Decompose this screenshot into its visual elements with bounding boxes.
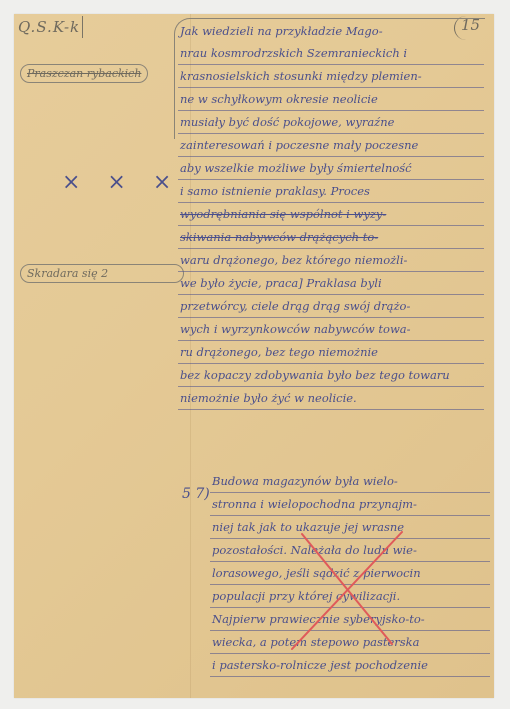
text-line: Najpierw prawiecznie syberyjsko-to-	[210, 608, 490, 631]
archive-signature: Q.S.K-k	[18, 18, 80, 36]
text-line: niej tak jak to ukazuje jej wrasne	[210, 516, 490, 539]
text-line: przetwórcy, ciele drąg drąg swój drążo-	[178, 295, 484, 318]
manuscript-page: Q.S.K-k 15 Praszczan rybackich × × × Skr…	[14, 14, 494, 698]
text-line: ru drążonego, bez tego niemożnie	[178, 341, 484, 364]
text-line: pozostałości. Należała do ludu wie-	[210, 539, 490, 562]
paragraph-1: Jak wiedzieli na przykładzie Mago- nrau …	[178, 20, 484, 410]
text-line: we było życie, praca] Praklasa byli	[178, 272, 484, 295]
text-line: i samo istnienie praklasy. Proces	[178, 180, 484, 203]
text-line: ne w schyłkowym okresie neolicie	[178, 88, 484, 111]
text-line: aby wszelkie możliwe były śmiertelność	[178, 157, 484, 180]
margin-note-struck: Praszczan rybackich	[20, 64, 148, 83]
text-line: populacji przy której cywilizacji.	[210, 585, 490, 608]
section-marker: 5 7)	[182, 486, 210, 502]
text-line: zainteresowań i poczesne mały poczesne	[178, 134, 484, 157]
text-line: lorasowego, jeśli sądzić z pierwocin	[210, 562, 490, 585]
text-line: bez kopaczy zdobywania było bez tego tow…	[178, 364, 484, 387]
text-line: skiwania nabywców drążących to-	[178, 226, 484, 249]
text-line: wych i wyrzynkowców nabywców towa-	[178, 318, 484, 341]
text-line: Budowa magazynów była wielo-	[210, 470, 490, 493]
text-line: wyodrębniania się wspólnot i wyzy-	[178, 203, 484, 226]
text-line: wiecka, a potem stepowo pasterska	[210, 631, 490, 654]
text-line: waru drążonego, bez którego niemożli-	[178, 249, 484, 272]
text-line: stronna i wielopochodna przynajm-	[210, 493, 490, 516]
margin-note: Skradara się 2	[20, 264, 184, 283]
section-separator: × × ×	[62, 170, 181, 195]
paragraph-2: Budowa magazynów była wielo- stronna i w…	[210, 470, 490, 677]
text-line: krasnosielskich stosunki między plemien-	[178, 65, 484, 88]
text-line: i pastersko-rolnicze jest pochodzenie	[210, 654, 490, 677]
text-line: nrau kosmrodrzskich Szemranieckich i	[178, 42, 484, 65]
text-line: niemożnie było żyć w neolicie.	[178, 387, 484, 410]
text-line: musiały być dość pokojowe, wyraźne	[178, 111, 484, 134]
text-line: Jak wiedzieli na przykładzie Mago-	[178, 20, 484, 42]
